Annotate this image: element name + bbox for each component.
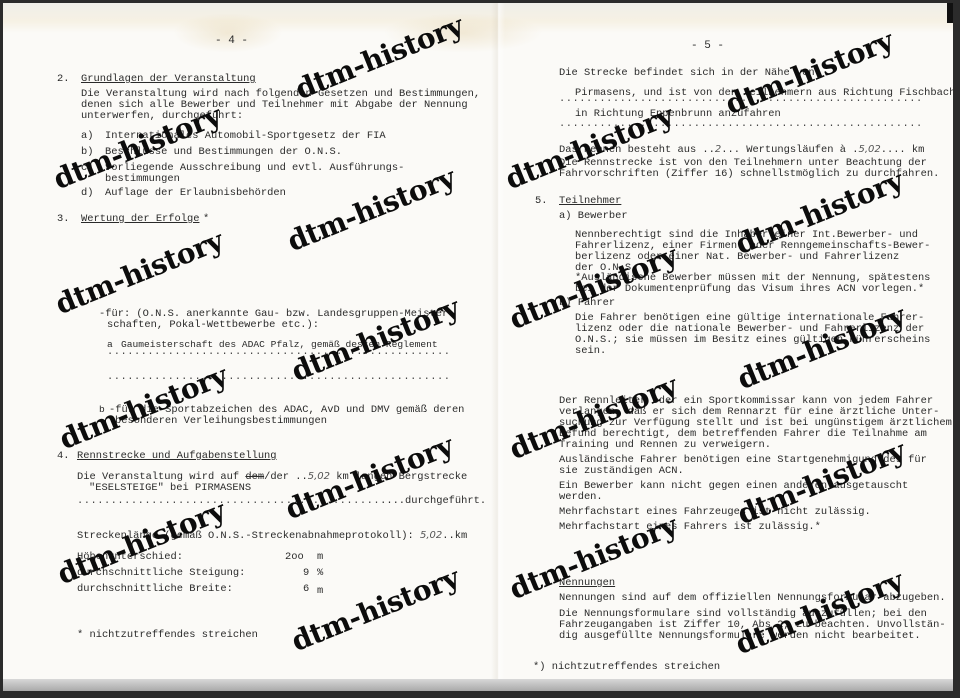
text: ... Wertungsläufen à . [721, 144, 858, 156]
section-number: 5. [535, 195, 547, 207]
text: ....durchgeführt. [380, 495, 486, 507]
paragraph-line: schaften, Pokal-Wettbewerbe etc.): [107, 319, 319, 331]
page-number: - 4 - [215, 35, 248, 47]
section-number: 2. [57, 73, 69, 85]
section-title: Rennstrecke und Aufgabenstellung [77, 450, 277, 462]
spec-value: 6 [303, 583, 309, 595]
handwritten-value: 5,02 [858, 144, 880, 155]
spec-unit: m [317, 551, 323, 563]
page-fold-seam [491, 3, 505, 691]
list-marker: a) [81, 130, 93, 142]
section-title: Wertung der Erfolge [81, 213, 199, 225]
scanned-document-spread: - 4 - 2. Grundlagen der Veranstaltung Di… [3, 3, 953, 691]
list-marker: d) [81, 187, 93, 199]
unit: ..km [442, 530, 467, 542]
paragraph-line: sie zuständigen ACN. [559, 465, 684, 477]
paragraph-line: sein. [575, 345, 606, 357]
paragraph-line: Mehrfachstart eines Fahrers ist zulässig… [559, 521, 821, 533]
spec-unit: m [317, 585, 323, 597]
footnote-marker: * [203, 213, 209, 225]
paragraph-line: Mehrfachstart eines Fahrzeuges ist nicht… [559, 506, 871, 518]
handwritten-value: 5,02 [420, 530, 442, 541]
footnote: * nichtzutreffendes streichen [77, 629, 258, 641]
spec-label: durchschnittliche Breite: [77, 583, 233, 595]
list-item-continuation: bestimmungen [105, 173, 180, 185]
list-item: Auflage der Erlaubnisbehörden [105, 187, 286, 199]
text: .... km [881, 144, 925, 156]
paragraph-line: "ESELSTEIGE" bei PIRMASENS [89, 482, 251, 494]
spec-value: 9 [303, 567, 309, 579]
spec-value: 2oo [285, 551, 304, 563]
footnote: *) nichtzutreffendes streichen [533, 661, 720, 673]
section-number: 3. [57, 213, 69, 225]
section-title: Teilnehmer [559, 195, 621, 207]
paragraph-line: Training und Rennen zu verweigern. [559, 439, 771, 451]
page-number: - 5 - [691, 40, 724, 52]
fill-in-dots: ........................................… [107, 346, 451, 358]
spec-unit: % [317, 567, 323, 579]
paragraph-line: werden. [559, 491, 603, 503]
fill-in-dots: ........................................… [107, 371, 451, 383]
text: /der .. [264, 471, 308, 483]
subsection-title: a) Bewerber [559, 210, 628, 222]
section-title: Grundlagen der Veranstaltung [81, 73, 256, 85]
